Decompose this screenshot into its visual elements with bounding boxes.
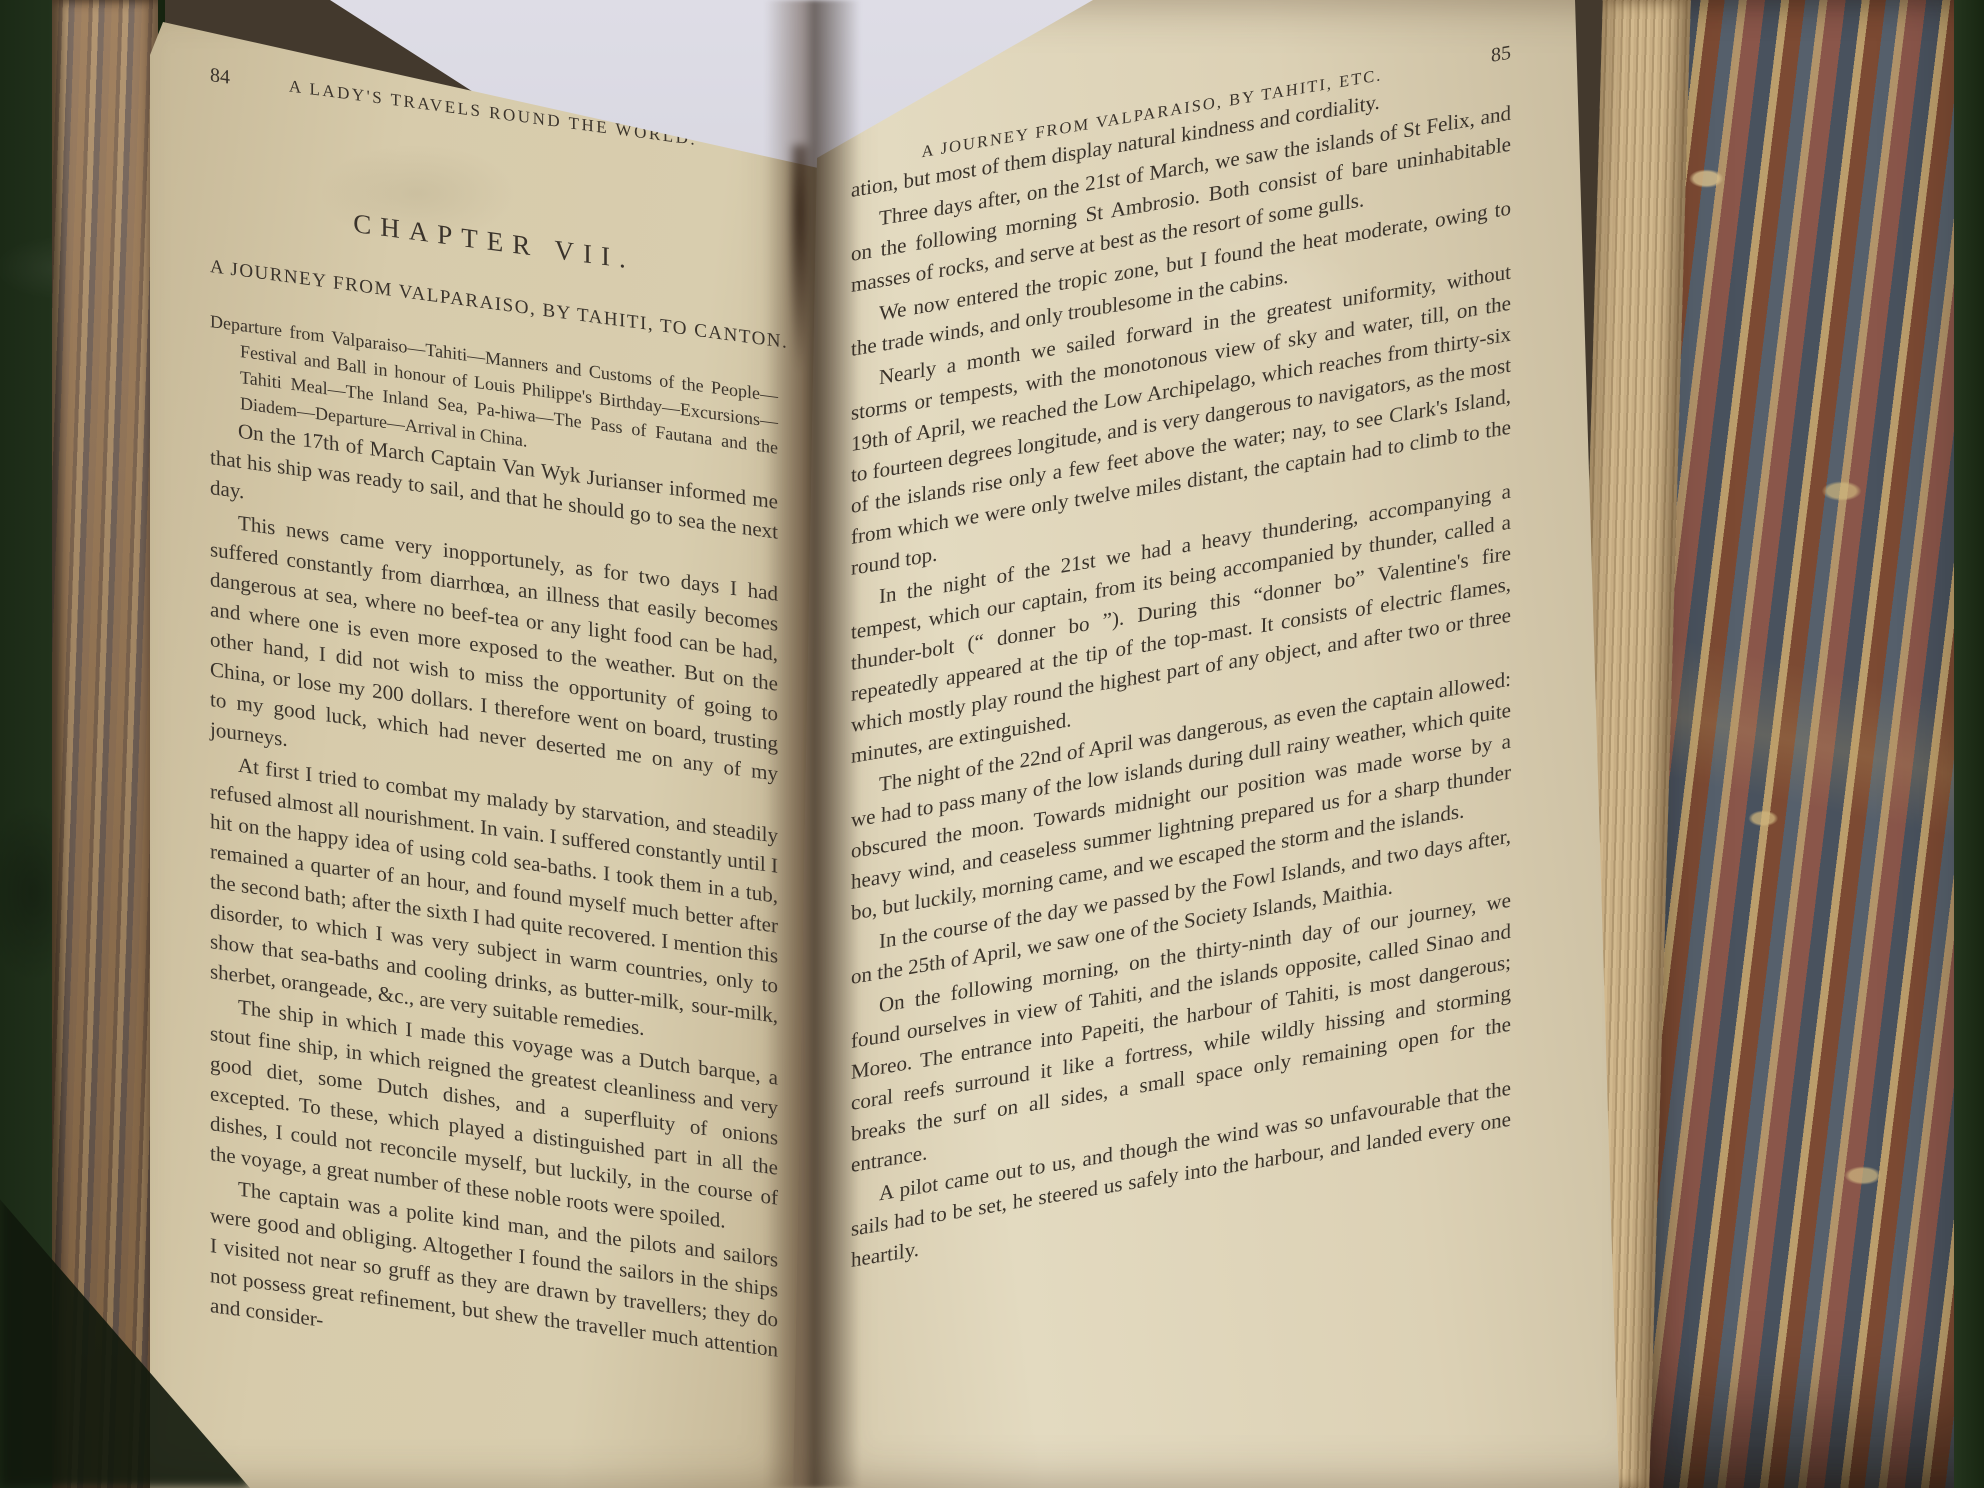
page-number-left: 84 (210, 64, 284, 97)
left-page-text: 84 A LADY'S TRAVELS ROUND THE WORLD. CHA… (210, 64, 778, 1397)
right-page-text: A JOURNEY FROM VALPARAISO, BY TAHITI, ET… (851, 42, 1511, 1278)
open-book-photo: 84 A LADY'S TRAVELS ROUND THE WORLD. CHA… (0, 0, 1984, 1488)
left-page: 84 A LADY'S TRAVELS ROUND THE WORLD. CHA… (150, 0, 818, 1488)
right-page: A JOURNEY FROM VALPARAISO, BY TAHITI, ET… (793, 0, 1623, 1488)
right-cover-leather (1954, 0, 1984, 1488)
left-marbled-page-edges (52, 0, 158, 1488)
gutter-shadow (765, 0, 860, 1488)
